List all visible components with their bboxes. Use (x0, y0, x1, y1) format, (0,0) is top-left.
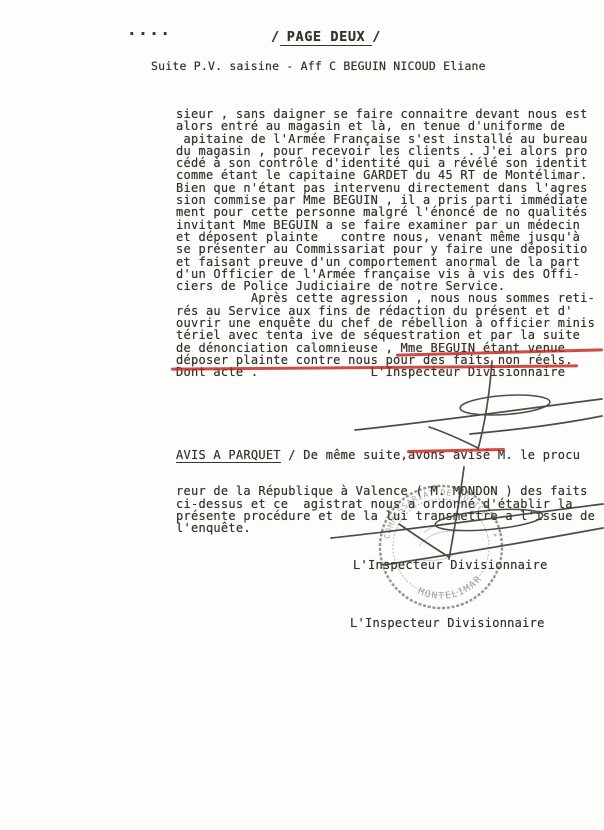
avis-heading-line: AVIS A PARQUET / De même suite,avons avi… (176, 449, 595, 461)
avis-parquet-section: AVIS A PARQUET / De même suite,avons avi… (176, 424, 595, 596)
body-line: se présenter au Commissariat pour y fair… (176, 243, 595, 255)
avis-line: l'enquête. (176, 522, 595, 534)
signature-loop (459, 392, 550, 417)
scanned-document-page: .... /PAGE DEUX/ Suite P.V. saisine - Af… (0, 0, 604, 830)
page-title-slash-right: / (372, 29, 381, 45)
inspector-signature-title-2: L'Inspecteur Divisionnaire (176, 559, 595, 571)
body-line: et faisant preuve d'un comportement anor… (176, 256, 595, 268)
page-title: /PAGE DEUX/ (271, 31, 381, 43)
body-line: Dont acte . L'Inspecteur Divisionnaire (176, 366, 595, 378)
page-title-slash-left: / (271, 29, 280, 45)
avis-lines: reur de la République à Valence ( M. MON… (176, 485, 595, 534)
body-text: sieur , sans daigner se faire connaitre … (176, 108, 595, 379)
inspector-signature-title-3: L'Inspecteur Divisionnaire (350, 617, 545, 629)
body-line: comme étant le capitaine GARDET du 45 RT… (176, 169, 595, 181)
avis-line: reur de la République à Valence ( M. MON… (176, 485, 595, 497)
body-line: alors entré au magasin et là, en tenue d… (176, 120, 595, 132)
page-title-text: PAGE DEUX (280, 29, 373, 46)
body-line: Après cette agression , nous nous sommes… (176, 292, 595, 304)
subject-line: Suite P.V. saisine - Aff C BEGUIN NICOUD… (151, 60, 486, 72)
corner-dots: .... (127, 24, 172, 36)
body-line: ment pour cette personne malgré l'énoncé… (176, 206, 595, 218)
avis-heading: AVIS A PARQUET (176, 448, 281, 464)
avis-heading-rest: / De même suite,avons avisé M. le procu (281, 448, 580, 462)
body-line: tériel avec tenta ive de séquestration e… (176, 329, 595, 341)
